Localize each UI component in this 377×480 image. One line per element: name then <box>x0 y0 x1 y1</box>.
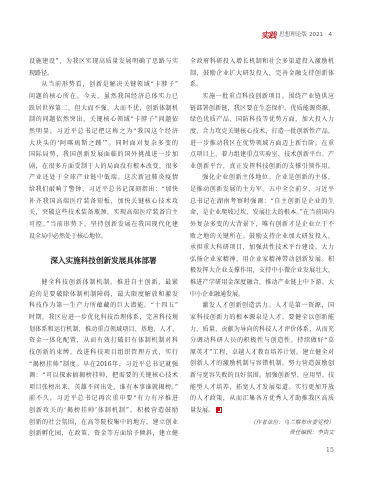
text-line: 制的问题依然突出，关键核心领域“卡脖子”问题依 <box>29 114 178 126</box>
text-line: 前不久，习近平总书记再次重申要“有力有序推进 <box>29 393 178 405</box>
text-line: 资金一体化配置，从而有效打破旧有体制机制对科 <box>29 335 178 347</box>
text-line: 大块头的‘阿喀琉斯之踵’”。同时面对复杂多变的 <box>29 138 178 150</box>
text-line: 力、质量、贡献为导向的科技人才评价体系，从而充 <box>190 324 334 336</box>
text-line: 的人才政策，从而汇集各方优秀人才助推我区高质 <box>190 393 334 405</box>
edition-title: 思想理论版 <box>279 29 307 41</box>
text-line: 外复杂多变的大背景下，唯有创新才是企业立于不 <box>190 219 334 231</box>
text-line: 度，合力攻克关键核心技术，打造一批创新性产品， <box>190 126 334 138</box>
text-line: 创新攻关的‘揭榜挂帅’体制机制”。积极营造鼓励 <box>29 405 178 417</box>
text-line: 技创新的束缚。改进科技项目组织管理方式，实行 <box>29 347 178 359</box>
text-line: 承担重大科研项目，加强共性技术平台建设。大力 <box>190 242 334 254</box>
magazine-logo: 实践 <box>261 29 276 41</box>
final-line-text: 量发展。 <box>190 407 214 414</box>
text-line: 可控。”当前形势下，坚持创新发展在我国现代化建 <box>29 219 178 231</box>
text-line: 现路径。 <box>29 68 178 80</box>
page-header: 实践 思想理论版 2021 · 4 <box>261 29 332 41</box>
text-line: 系。 <box>190 79 334 91</box>
paragraph: 激发人才创新创造活力。人才是第一资源，国 家科技创新力的根本源泉是人才。要健全以… <box>190 300 334 416</box>
text-line: 从当前形势看，创新是解决关键领域“卡脖子” <box>29 79 178 91</box>
text-line: 能型人才培养，拓宽人才发展渠道。实行更加开放 <box>190 382 334 394</box>
text-line: 绿色优质产品、国防科技等优势方面，加大投入力 <box>190 114 334 126</box>
text-line: 推进产学研用金深度融合，推动产业链上中下游、大 <box>190 277 334 289</box>
text-line: 极发挥大企业支撑作用，支持中小微企业发展壮大， <box>190 265 334 277</box>
text-line: 全政府科研投入增长机制和社会多渠道投入激励机 <box>190 56 334 68</box>
page-number: 15 <box>326 445 334 455</box>
text-line: 设全局中必然处于核心地位。 <box>29 231 178 243</box>
right-column: 全政府科研投入增长机制和社会多渠道投入激励机 制，鼓励企业扩大研发投入，完善金融… <box>190 56 334 416</box>
section-heading: 深入实施科技创新发展具体部署 <box>29 255 178 267</box>
text-line: 分调动科研人员的积极性与创造性。持续做好“草 <box>190 335 334 347</box>
paragraph: 设施建设”，为我区实现高质量发展明确了思路与实 现路径。 <box>29 56 178 79</box>
text-line: 点项目上，着力组建重点实验室、技术创新平台、产 <box>190 149 334 161</box>
text-line: 命，是企业爬坡过坎、发展壮大的根本。”在当前国内 <box>190 207 334 219</box>
text-line: 败之地的关键所在。鼓励支持企业加大研发投入， <box>190 231 334 243</box>
text-line: 家科技创新力的根本源泉是人才。要健全以创新能 <box>190 312 334 324</box>
text-line: 划体系和运行机制，推动重点领域项目、基地、人才、 <box>29 324 178 336</box>
text-line: 然明显，习近平总书记把这称之为“我国这个经济 <box>29 126 178 138</box>
text-line: 弘扬企业家精神，用企业家精神带动创新发展。积 <box>190 254 334 266</box>
issue-number: 2021 · 4 <box>309 29 332 41</box>
text-line: 总书记在湖南考察时强调：“自主创新是企业的生 <box>190 196 334 208</box>
text-line: 原英才”工程、卓越人才教育培养计划。建立健全对 <box>190 347 334 359</box>
text-line: 创新孵化园，在政策、资金等方面给予倾斜，建立健 <box>29 428 178 440</box>
text-line: 链部署创新链，我区要在生态保护、优质能源资源、 <box>190 103 334 115</box>
text-line: 激发人才创新创造活力。人才是第一资源，国 <box>190 300 334 312</box>
left-column-top: 设施建设”，为我区实现高质量发展明确了思路与实 现路径。 从当前形势看，创新是解… <box>29 56 178 242</box>
text-line: 创新人才的激励机制与容错机制，努力营造鼓励创 <box>190 358 334 370</box>
text-line: 时期，我区应进一步优化科技治理体系，完善科技规 <box>29 312 178 324</box>
text-line: 给我们敲响了警钟，习近平总书记深刻指出：“加快 <box>29 184 178 196</box>
paragraph: 从当前形势看，创新是解决关键领域“卡脖子” 问题的核心所在。今天，虽然我国经济总… <box>29 79 178 242</box>
text-line: 问题的核心所在。今天，虽然我国经济总体实力已 <box>29 91 178 103</box>
text-line: 迫的是要破除体制机制障碍，最大限度解放和激发 <box>29 289 178 301</box>
text-line: 跃居世界第二，但大而不强、大而不优，创新体制机 <box>29 103 178 115</box>
text-line: 业创新平台，真正发挥科技创新的支撑引领作用。 <box>190 161 334 173</box>
text-line-final: 量发展。 <box>190 405 334 417</box>
text-line: 调：“可以探索搞揭榜挂帅，把需要的关键核心技术 <box>29 370 178 382</box>
text-line: 关，突破这些技术装备瓶颈，实现高端医疗装备自主 <box>29 207 178 219</box>
text-line: 中小企业融通发展。 <box>190 289 334 301</box>
paragraph: 健全科技创新体制机制。推进自主创新，最紧 迫的是要破除体制机制障碍，最大限度解放… <box>29 277 178 440</box>
text-line: 强化企业创新主体地位。企业是创新的主体， <box>190 172 334 184</box>
text-line: “揭榜挂帅”制度。早在2016年，习近平总书记就强 <box>29 359 178 371</box>
text-line: 制，鼓励企业扩大研发投入，完善金融支持创新体 <box>190 68 334 80</box>
author-affiliation: （作者单位：乌兰察布市委党校） <box>250 418 334 428</box>
text-line: 创新的社会氛围，在高等院校集中的地方，建立创业 <box>29 417 178 429</box>
text-line: 设施建设”，为我区实现高质量发展明确了思路与实 <box>29 56 178 68</box>
text-line: 新与宽容失败的良好氛围。加强创新型、应用型、技 <box>190 370 334 382</box>
text-line: 项目张榜出来，英雄不问出处，谁有本事谁就揭榜。” <box>29 382 178 394</box>
paragraph: 实施一批重点科技创新项目。围绕产业链供应 链部署创新链，我区要在生态保护、优质能… <box>190 91 334 172</box>
text-line: 产业还处于全球产业链中低端。这次新冠肺炎疫情 <box>29 172 178 184</box>
text-line: 补齐我国高端医疗装备短板，加快关键核心技术攻 <box>29 196 178 208</box>
text-line: 实施一批重点科技创新项目。围绕产业链供应 <box>190 91 334 103</box>
paragraph: 全政府科研投入增长机制和社会多渠道投入激励机 制，鼓励企业扩大研发投入，完善金融… <box>190 56 334 91</box>
text-line: 国际局势，我国创新发展面临的国外挑战进一步加 <box>29 149 178 161</box>
responsible-editor: 责任编辑：李贵文 <box>289 428 334 438</box>
text-line: 剧，在很多方面受制于人的局面没有根本改变，很多 <box>29 161 178 173</box>
paragraph: 强化企业创新主体地位。企业是创新的主体， 是推动创新发展的主力军。五中全会前夕，… <box>190 172 334 300</box>
text-line: 健全科技创新体制机制。推进自主创新，最紧 <box>29 277 178 289</box>
text-line: 科技作为第一生产力所蕴藏的巨大潜能。“十四五” <box>29 300 178 312</box>
end-mark-icon <box>216 407 222 413</box>
left-column-bottom: 健全科技创新体制机制。推进自主创新，最紧 迫的是要破除体制机制障碍，最大限度解放… <box>29 277 178 440</box>
text-line: 进一步推动我区在优势领域方面迈上新台阶。在重 <box>190 138 334 150</box>
text-line: 是推动创新发展的主力军。五中全会前夕，习近平 <box>190 184 334 196</box>
